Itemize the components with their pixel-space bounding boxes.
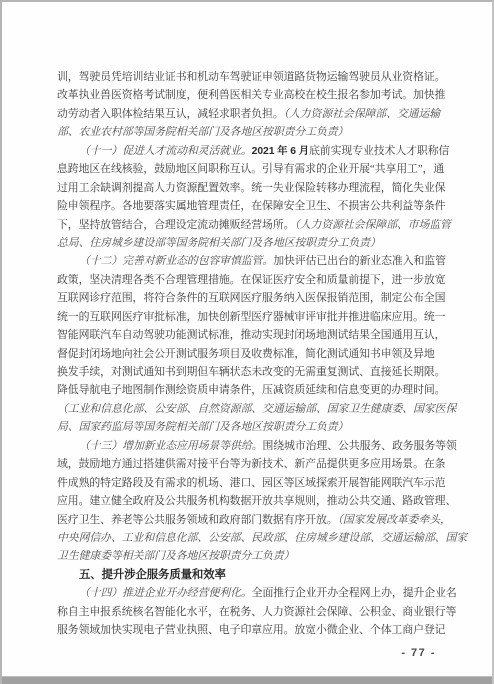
- text-segment-kai: 总局、住房城乡建设部等国务院相关部门及各地区按职责分工负责）: [57, 237, 381, 249]
- text-line: 过用工余缺调剂提高人力资源配置效率。统一失业保险转移办理流程，简化失业保: [57, 179, 457, 197]
- text-segment-normal: 降低导航电子地图制作测绘资质申请条件，压减资质延续和信息变更的办理时间。: [57, 384, 445, 396]
- text-segment-normal: 下，坚持放管结合，合理设定流动摊贩经营场所。: [57, 219, 294, 231]
- text-segment-normal: 加快评估已出台的新业态准入和监管: [273, 255, 446, 267]
- text-segment-normal: 应用。建立健全政府及公共服务机构数据开放共享规则，推动公共交通、路政管理、: [57, 495, 456, 507]
- text-line: 下，坚持放管结合，合理设定流动摊贩经营场所。（人力资源社会保障部、市场监管: [57, 216, 457, 234]
- text-line: 部、农业农村部等国务院相关部门及各地区按职责分工负责）: [57, 123, 457, 141]
- text-segment-kai: （国家发展改革委牵头，: [338, 514, 451, 526]
- text-line: 督促封闭场地向社会公开测试服务项目及收费标准，简化测试通知书申领及异地: [57, 345, 457, 363]
- text-segment-normal: 督促封闭场地向社会公开测试服务项目及收费标准，简化测试通知书申领及异地: [57, 348, 435, 360]
- text-line: 总局、住房城乡建设部等国务院相关部门及各地区按职责分工负责）: [57, 234, 457, 252]
- page-bottom-edge: [2, 676, 492, 684]
- text-segment-kai: （十四）推进企业开办经营便利化。: [79, 587, 252, 599]
- text-segment-kai: 中央网信办、工业和信息化部、公安部、民政部、住房城乡建设部、交通运输部、国家: [57, 532, 467, 544]
- text-line: （工业和信息化部、公安部、自然资源部、交通运输部、国家卫生健康委、国家医保: [57, 400, 457, 418]
- text-segment-normal: 域，鼓励地方通过搭建供需对接平台等为新技术、新产品提供更多应用场景。在条: [57, 458, 445, 470]
- text-segment-normal: 换发手续，对测试通知书到期但车辆状态未改变的无需重复测试、直接延长期限。: [57, 366, 445, 378]
- text-segment-normal: 统一的互联网医疗审批标准，加快创新型医疗器械审评审批并推进临床应用。统一: [57, 311, 445, 323]
- text-line: 智能网联汽车自动驾驶功能测试标准，推动实现封闭场地测试结果全国通用互认，: [57, 326, 457, 344]
- text-segment-kai: （人力资源社会保障部、市场监管: [294, 219, 450, 231]
- text-line: （十三）增加新业态应用场景等供给。围绕城市治理、公共服务、政务服务等领: [57, 437, 457, 455]
- text-segment-normal: 底前实现专业技术人才职称信: [309, 145, 449, 157]
- text-line: 服务领域加快实现电子营业执照、电子印章应用。放宽小微企业、个体工商户登记: [57, 621, 457, 639]
- text-line: 件成熟的特定路段及有需求的机场、港口、园区等区域探索开展智能网联汽车示范: [57, 474, 457, 492]
- text-segment-normal: 件成熟的特定路段及有需求的机场、港口、园区等区域探索开展智能网联汽车示范: [57, 477, 445, 489]
- text-line: 训，驾驶员凭培训结业证书和机动车驾驶证申领道路货物运输驾驶员从业资格证。: [57, 68, 457, 86]
- text-line: 险申领程序。各地要落实属地管理责任，在保障安全卫生、不损害公共利益等条件: [57, 197, 457, 215]
- text-segment-normal: 服务领域加快实现电子营业执照、电子印章应用。放宽小微企业、个体工商户登记: [57, 624, 445, 636]
- text-segment-kai: （工业和信息化部、公安部、自然资源部、交通运输部、国家卫生健康委、国家医保: [57, 403, 456, 415]
- text-segment-kai: （十三）增加新业态应用场景等供给。: [79, 440, 262, 452]
- document-page: 训，驾驶员凭培训结业证书和机动车驾驶证申领道路货物运输驾驶员从业资格证。改革执业…: [0, 0, 494, 684]
- text-line: 统一的互联网医疗审批标准，加快创新型医疗器械审评审批并推进临床应用。统一: [57, 308, 457, 326]
- text-line: 称自主申报系统核名智能化水平，在税务、人力资源社会保障、公积金、商业银行等: [57, 603, 457, 621]
- text-segment-normal: 动劳动者入职体检结果互认，减轻求职者负担。: [57, 108, 284, 120]
- text-segment-normal: 智能网联汽车自动驾驶功能测试标准，推动实现封闭场地测试结果全国通用互认，: [57, 329, 445, 341]
- text-line: 医疗卫生、养老等公共服务领域和政府部门数据有序开放。（国家发展改革委牵头，: [57, 511, 457, 529]
- text-segment-kai: 卫生健康委等相关部门及各地区按职责分工负责）: [57, 550, 294, 562]
- text-segment-kai: （十二）完善对新业态的包容审慎监管。: [79, 255, 273, 267]
- text-segment-normal: 险申领程序。各地要落实属地管理责任，在保障安全卫生、不损害公共利益等条件: [57, 200, 445, 212]
- text-segment-kai: （十一）促进人才流动和灵活就业。: [79, 145, 252, 157]
- text-segment-normal: 政策，坚决清理各类不合理管理措施。在保证医疗安全和质量前提下，进一步放宽: [57, 274, 445, 286]
- text-line: 政策，坚决清理各类不合理管理措施。在保证医疗安全和质量前提下，进一步放宽: [57, 271, 457, 289]
- text-line: 改革执业兽医资格考试制度，便利兽医相关专业高校在校生报名参加考试。加快推: [57, 86, 457, 104]
- text-line: 互联网诊疗范围，将符合条件的互联网医疗服务纳入医保报销范围，制定公布全国: [57, 289, 457, 307]
- text-segment-normal: 互联网诊疗范围，将符合条件的互联网医疗服务纳入医保报销范围，制定公布全国: [57, 292, 445, 304]
- text-line: （十四）推进企业开办经营便利化。全面推行企业开办全程网上办，提升企业名: [57, 584, 457, 602]
- text-line: （十二）完善对新业态的包容审慎监管。加快评估已出台的新业态准入和监管: [57, 252, 457, 270]
- text-line: 应用。建立健全政府及公共服务机构数据开放共享规则，推动公共交通、路政管理、: [57, 492, 457, 510]
- text-segment-heading: 五、提升涉企服务质量和效率: [79, 569, 226, 581]
- text-line: 域，鼓励地方通过搭建供需对接平台等为新技术、新产品提供更多应用场景。在条: [57, 455, 457, 473]
- text-line: 降低导航电子地图制作测绘资质申请条件，压减资质延续和信息变更的办理时间。: [57, 381, 457, 399]
- text-segment-kai: 部、农业农村部等国务院相关部门及各地区按职责分工负责）: [57, 126, 348, 138]
- text-line: 五、提升涉企服务质量和效率: [57, 566, 457, 584]
- text-segment-normal: 训，驾驶员凭培训结业证书和机动车驾驶证申领道路货物运输驾驶员从业资格证。: [57, 71, 445, 83]
- text-line: 换发手续，对测试通知书到期但车辆状态未改变的无需重复测试、直接延长期限。: [57, 363, 457, 381]
- text-segment-normal: 过用工余缺调剂提高人力资源配置效率。统一失业保险转移办理流程，简化失业保: [57, 182, 445, 194]
- text-segment-kai: （人力资源社会保障部、交通运输: [284, 108, 440, 120]
- text-line: 中央网信办、工业和信息化部、公安部、民政部、住房城乡建设部、交通运输部、国家: [57, 529, 457, 547]
- text-line: 息跨地区在线核验，鼓励地区间职称互认。引导有需求的企业开展“共享用工”，通: [57, 160, 457, 178]
- text-segment-normal: 全面推行企业开办全程网上办，提升企业名: [252, 587, 457, 599]
- text-line: 局、国家药监局等国务院相关部门及各地区按职责分工负责）: [57, 418, 457, 436]
- text-line: 卫生健康委等相关部门及各地区按职责分工负责）: [57, 547, 457, 565]
- document-body: 训，驾驶员凭培训结业证书和机动车驾驶证申领道路货物运输驾驶员从业资格证。改革执业…: [57, 68, 457, 640]
- text-segment-normal: 医疗卫生、养老等公共服务领域和政府部门数据有序开放。: [57, 514, 338, 526]
- text-segment-kai: 局、国家药监局等国务院相关部门及各地区按职责分工负责）: [57, 421, 348, 433]
- text-segment-boldnum: 2021 年 6 月: [252, 146, 309, 157]
- text-segment-normal: 称自主申报系统核名智能化水平，在税务、人力资源社会保障、公积金、商业银行等: [57, 606, 456, 618]
- page-number: - 77 -: [401, 647, 436, 659]
- text-line: 动劳动者入职体检结果互认，减轻求职者负担。（人力资源社会保障部、交通运输: [57, 105, 457, 123]
- text-segment-normal: 围绕城市治理、公共服务、政务服务等领: [262, 440, 456, 452]
- text-segment-normal: 息跨地区在线核验，鼓励地区间职称互认。引导有需求的企业开展“共享用工”，通: [57, 163, 444, 175]
- text-line: （十一）促进人才流动和灵活就业。2021 年 6 月底前实现专业技术人才职称信: [57, 142, 457, 160]
- text-segment-normal: 改革执业兽医资格考试制度，便利兽医相关专业高校在校生报名参加考试。加快推: [57, 89, 445, 101]
